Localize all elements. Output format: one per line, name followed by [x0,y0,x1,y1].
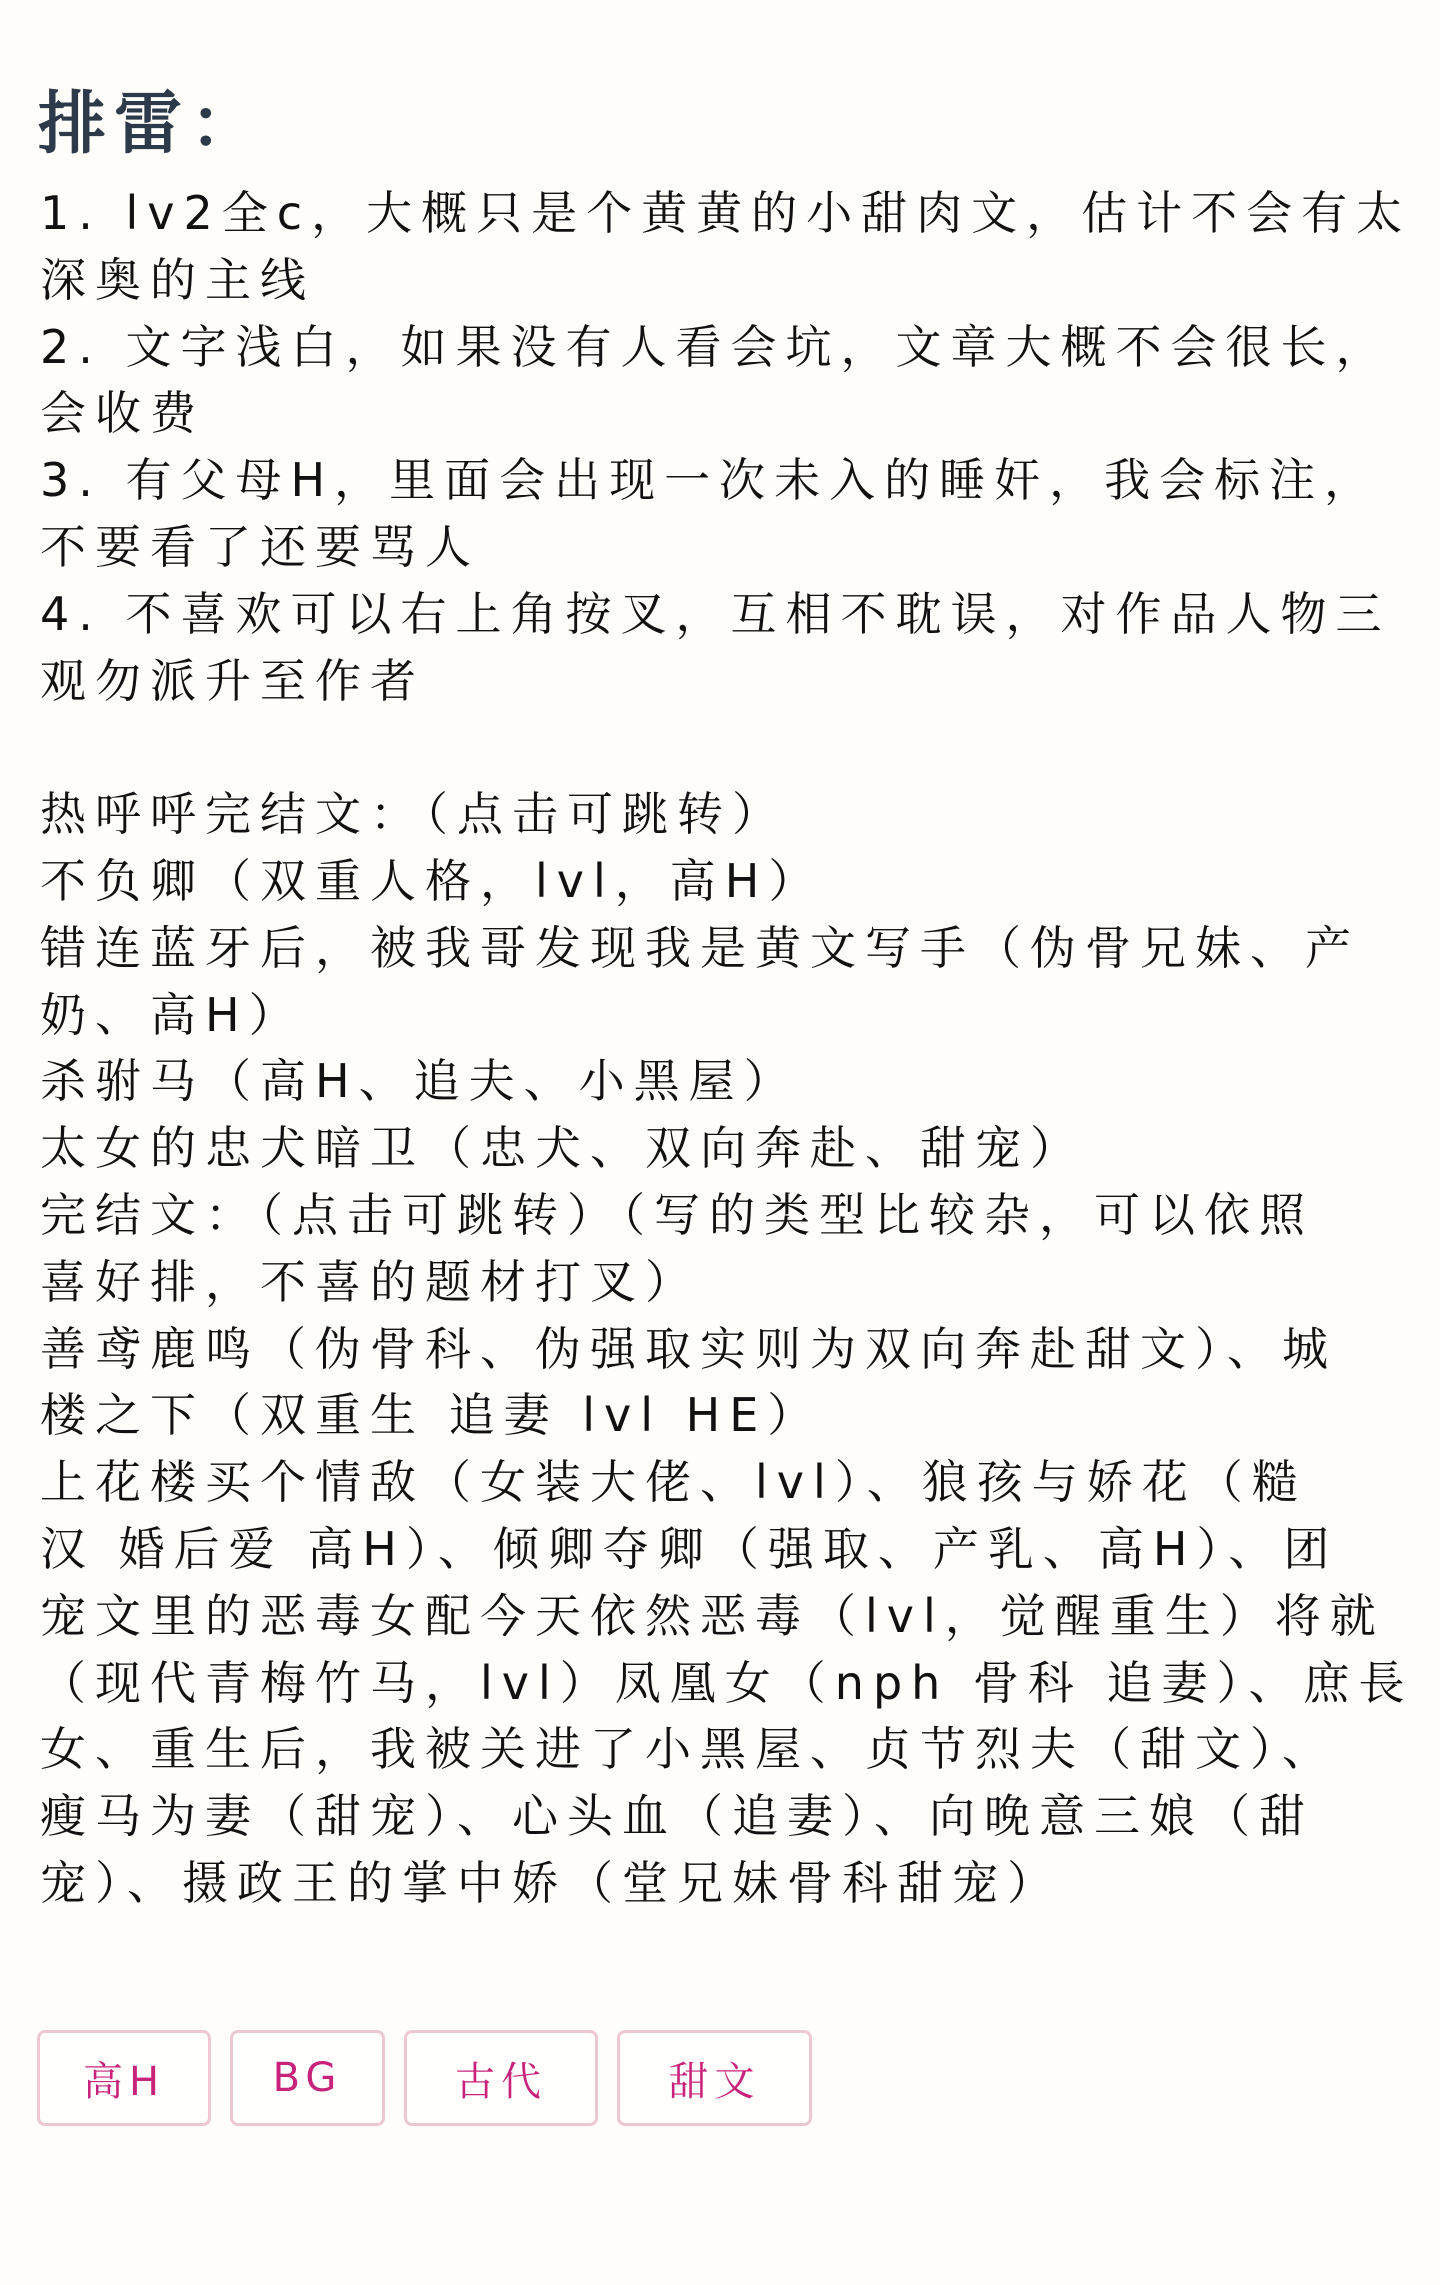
completed-story-links[interactable]: 楼之下（双重生 追妻 lvl HE） [40,1382,1410,1449]
warning-line: 不要看了还要骂人 [40,514,1410,581]
tag-gao-h[interactable]: 高H [37,2030,211,2126]
article-body: 1. lv2全c，大概只是个黄黄的小甜肉文，估计不会有太 深奥的主线 2. 文字… [40,180,1410,1917]
page-title: 排雷： [38,82,266,168]
warning-line: 会收费 [40,380,1410,447]
tag-list: 高H BG 古代 甜文 [37,2030,812,2126]
completed-story-links[interactable]: 女、重生后，我被关进了小黑屋、贞节烈夫（甜文）、 [40,1716,1410,1783]
completed-section-heading-cont: 喜好排，不喜的题材打叉） [40,1249,1410,1316]
story-link-bufuqing[interactable]: 不负卿（双重人格，lvl，高H） [40,848,1410,915]
completed-story-links[interactable]: 善鸢鹿鸣（伪骨科、伪强取实则为双向奔赴甜文）、城 [40,1316,1410,1383]
warning-line: 3. 有父母H，里面会出现一次未入的睡奸，我会标注， [40,447,1410,514]
tag-ancient[interactable]: 古代 [404,2030,598,2126]
completed-story-links[interactable]: （现代青梅竹马，lvl）凤凰女（nph 骨科 追妻）、庶長 [40,1650,1410,1717]
tag-bg[interactable]: BG [230,2030,385,2126]
completed-story-links[interactable]: 瘦马为妻（甜宠）、心头血（追妻）、向晚意三娘（甜 [40,1783,1410,1850]
completed-story-links[interactable]: 上花楼买个情敌（女装大佬、lvl）、狼孩与娇花（糙 [40,1449,1410,1516]
hot-section-heading: 热呼呼完结文：（点击可跳转） [40,781,1410,848]
warning-line: 1. lv2全c，大概只是个黄黄的小甜肉文，估计不会有太 [40,180,1410,247]
tag-sweet[interactable]: 甜文 [617,2030,812,2126]
article-page: 排雷： 1. lv2全c，大概只是个黄黄的小甜肉文，估计不会有太 深奥的主线 2… [0,0,1440,2285]
story-link-shafuma[interactable]: 杀驸马（高H、追夫、小黑屋） [40,1048,1410,1115]
completed-section-heading: 完结文：（点击可跳转）（写的类型比较杂，可以依照 [40,1182,1410,1249]
story-link-bluetooth[interactable]: 错连蓝牙后，被我哥发现我是黄文写手（伪骨兄妹、产 [40,915,1410,982]
warning-line: 观勿派升至作者 [40,648,1410,715]
completed-story-links[interactable]: 宠文里的恶毒女配今天依然恶毒（lvl，觉醒重生）将就 [40,1583,1410,1650]
warning-line: 4. 不喜欢可以右上角按叉，互相不耽误，对作品人物三 [40,581,1410,648]
story-link-bluetooth-cont[interactable]: 奶、高H） [40,982,1410,1049]
spacer [40,714,1410,781]
warning-line: 深奥的主线 [40,247,1410,314]
completed-story-links[interactable]: 宠）、摄政王的掌中娇（堂兄妹骨科甜宠） [40,1850,1410,1917]
warning-line: 2. 文字浅白，如果没有人看会坑，文章大概不会很长， [40,314,1410,381]
completed-story-links[interactable]: 汉 婚后爱 高H）、倾卿夺卿（强取、产乳、高H）、团 [40,1516,1410,1583]
story-link-tainv[interactable]: 太女的忠犬暗卫（忠犬、双向奔赴、甜宠） [40,1115,1410,1182]
